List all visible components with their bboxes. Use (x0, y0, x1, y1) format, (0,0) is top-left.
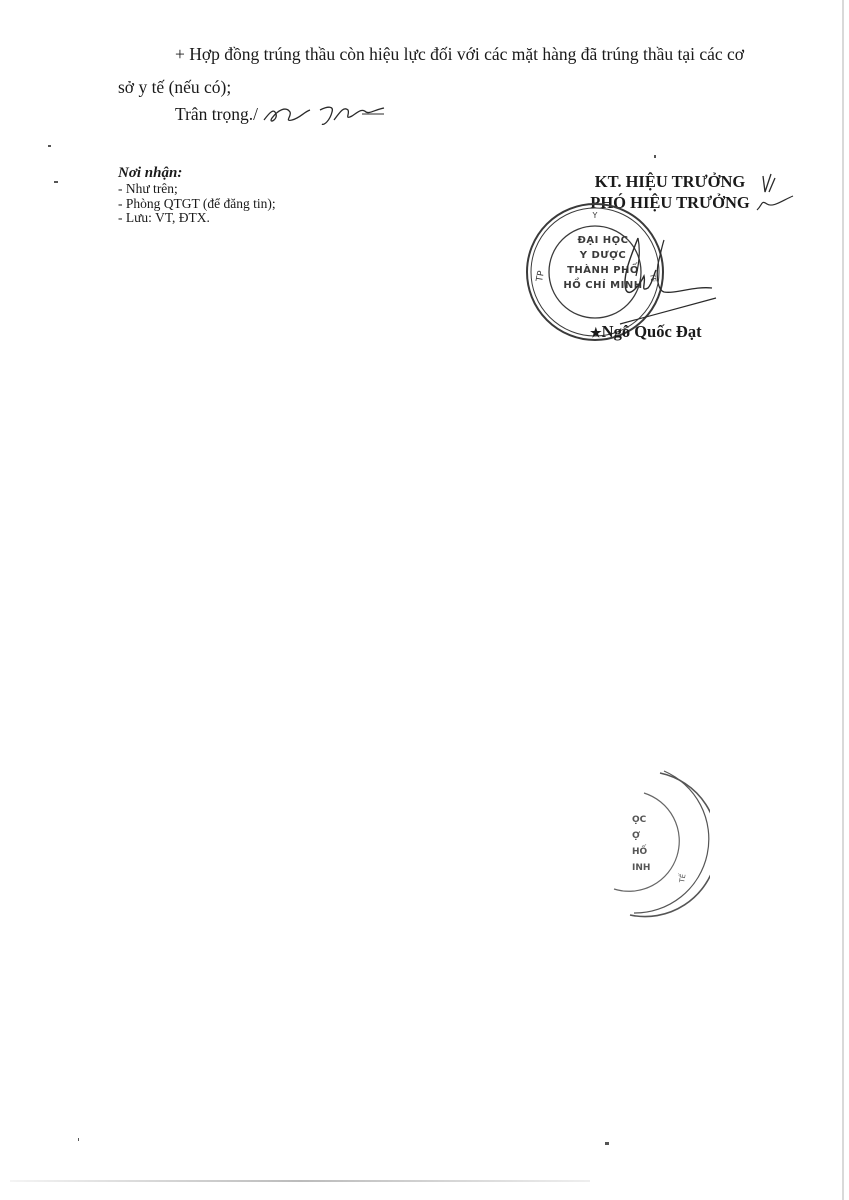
signer-name: ★Ngô Quốc Đạt (590, 322, 702, 342)
approval-initial-icon (755, 170, 795, 216)
star-icon: ★ (590, 325, 602, 340)
svg-text:Y: Y (592, 211, 598, 220)
scan-speck (605, 1142, 609, 1145)
signer-name-text: Ngô Quốc Đạt (602, 322, 702, 341)
recipient-item: - Như trên; (118, 182, 276, 197)
partial-seal-line: Ợ (632, 828, 650, 844)
partial-seal-line: ỌC (632, 812, 650, 828)
initials-signature-icon (262, 98, 392, 130)
svg-text:TẾ: TẾ (676, 872, 688, 884)
recipients-title: Nơi nhận: (118, 165, 276, 182)
page-right-edge (842, 0, 844, 1200)
scan-speck (654, 155, 656, 158)
scan-edge-line (10, 1180, 590, 1182)
body-line-2: sở y tế (nếu có); (118, 79, 231, 97)
partial-seal-line: INH (632, 860, 650, 876)
partial-seal-line: HỐ (632, 844, 650, 860)
partial-seal-bleed-icon: TẾ (600, 765, 710, 925)
svg-text:TP: TP (535, 269, 547, 283)
recipients-block: Nơi nhận: - Như trên; - Phòng QTGT (để đ… (118, 165, 276, 226)
scan-speck (48, 145, 51, 147)
recipient-item: - Phòng QTGT (để đăng tin); (118, 197, 276, 212)
closing-text: Trân trọng./ (175, 106, 258, 124)
partial-seal-text: ỌC Ợ HỐ INH (632, 812, 650, 876)
recipient-item: - Lưu: VT, ĐTX. (118, 211, 276, 226)
scan-speck (78, 1138, 79, 1141)
scan-speck (54, 181, 58, 183)
body-line-1: + Hợp đồng trúng thầu còn hiệu lực đối v… (175, 46, 744, 64)
